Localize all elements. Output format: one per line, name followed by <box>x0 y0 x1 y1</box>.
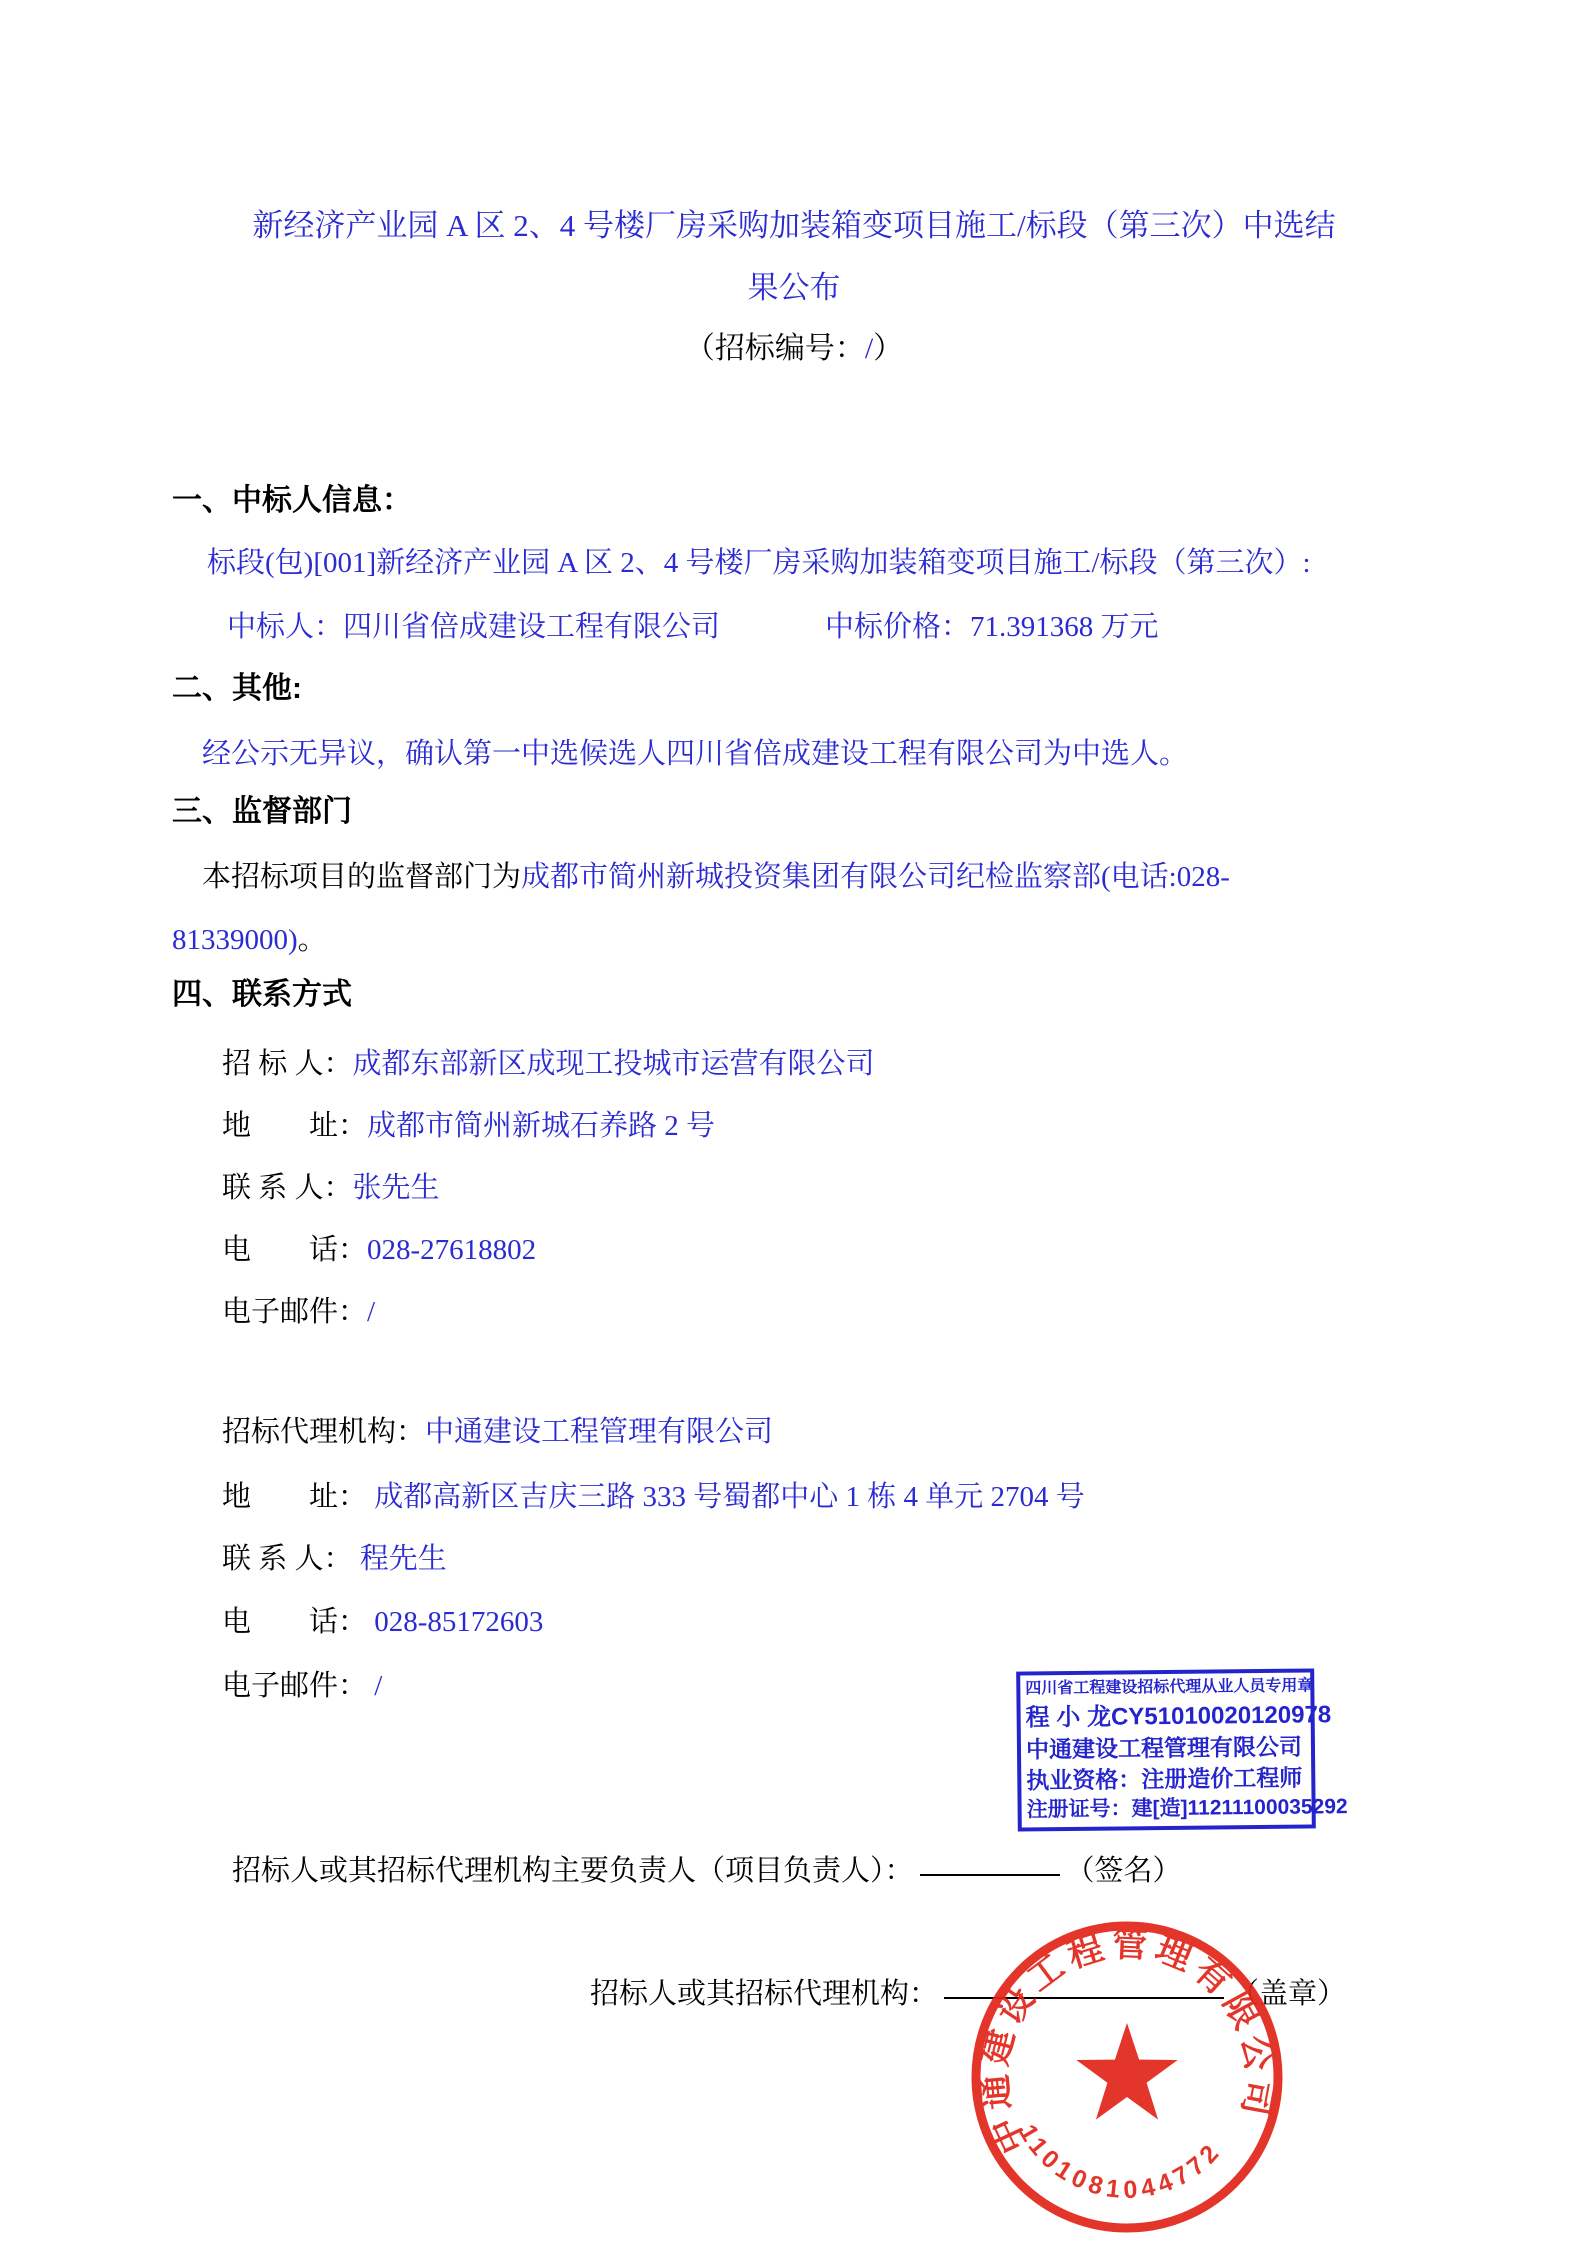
tenderer-contact-value: 张先生 <box>353 1172 440 1204</box>
page-title-line1: 新经济产业园 A 区 2、4 号楼厂房采购加装箱变项目施工/标段（第三次）中选结 <box>0 195 1588 257</box>
tender-number-suffix: ） <box>873 332 903 365</box>
company-seal-graphic: 中通建设工程管理有限公司 1101081044772 <box>968 1918 1286 2236</box>
winner-label: 中标人： <box>227 611 343 643</box>
tenderer-contact-row: 联 系 人：张先生 <box>222 1166 1462 1210</box>
agency-contact-label: 联 系 人： <box>222 1543 353 1575</box>
tenderer-address-label: 地 址： <box>222 1110 367 1142</box>
supervision-line2: 81339000)。 <box>172 918 1462 962</box>
section-2-heading: 二、其他: <box>172 667 1462 711</box>
section-4-heading: 四、联系方式 <box>172 973 1462 1017</box>
agent-stamp-name-id: 程 小 龙CY51010020120978 <box>1026 1702 1306 1730</box>
winner-value: 四川省倍成建设工程有限公司 <box>343 611 720 643</box>
tender-number-value: / <box>865 332 873 365</box>
tenderer-label: 招 标 人： <box>222 1048 353 1080</box>
tender-number-prefix: （招标编号： <box>685 332 865 365</box>
agent-stamp-company: 中通建设工程管理有限公司 <box>1026 1734 1306 1761</box>
agent-stamp-title: 四川省工程建设招标代理从业人员专用章 <box>1025 1679 1305 1699</box>
svg-text:1101081044772: 1101081044772 <box>1013 2120 1227 2204</box>
section-1-heading: 一、中标人信息： <box>172 479 1462 523</box>
tenderer-value: 成都东部新区成现工投城市运营有限公司 <box>353 1048 875 1080</box>
announcement-page: 新经济产业园 A 区 2、4 号楼厂房采购加装箱变项目施工/标段（第三次）中选结… <box>0 0 1588 2244</box>
tenderer-email-value: / <box>367 1296 375 1328</box>
supervision-line1: 本招标项目的监督部门为成都市简州新城投资集团有限公司纪检监察部(电话:028- <box>202 855 1462 899</box>
seal-star <box>1076 2023 1177 2120</box>
agency-row: 招标代理机构：中通建设工程管理有限公司 <box>222 1410 1462 1454</box>
price-value: 71.391368 万元 <box>970 611 1159 643</box>
agency-phone-value: 028-85172603 <box>374 1606 543 1638</box>
supervision-dept: 成都市简州新城投资集团有限公司纪检监察部(电话:028- <box>521 861 1230 893</box>
tenderer-address-value: 成都市简州新城石养路 2 号 <box>367 1110 715 1142</box>
signature-principal-blank <box>920 1873 1060 1876</box>
agency-address-label: 地 址： <box>222 1481 367 1513</box>
section-3-heading: 三、监督部门 <box>172 790 1462 834</box>
price-label: 中标价格： <box>825 611 970 643</box>
agency-label: 招标代理机构： <box>222 1416 425 1448</box>
section-2-body: 经公示无异议，确认第一中选候选人四川省倍成建设工程有限公司为中选人。 <box>202 732 1462 776</box>
winner-line: 中标人：四川省倍成建设工程有限公司中标价格：71.391368 万元 <box>227 605 1462 649</box>
tenderer-address-row: 地 址：成都市简州新城石养路 2 号 <box>222 1104 1462 1148</box>
tenderer-phone-row: 电 话：028-27618802 <box>222 1228 1462 1272</box>
signature-agency-label: 招标人或其招标代理机构： <box>590 1978 938 2010</box>
agency-address-row: 地 址： 成都高新区吉庆三路 333 号蜀都中心 1 栋 4 单元 2704 号 <box>222 1475 1462 1519</box>
agency-phone-row: 电 话： 028-85172603 <box>222 1600 1462 1644</box>
agency-address-value: 成都高新区吉庆三路 333 号蜀都中心 1 栋 4 单元 2704 号 <box>374 1481 1085 1513</box>
agent-stamp-cert-no: 注册证号：建[造]11211100035292 <box>1027 1796 1307 1821</box>
signature-principal-suffix: （签名） <box>1066 1855 1182 1887</box>
tender-number-line: （招标编号：/） <box>0 327 1588 371</box>
tenderer-phone-label: 电 话： <box>222 1234 367 1266</box>
agency-value: 中通建设工程管理有限公司 <box>425 1416 773 1448</box>
supervision-phone: 81339000) <box>172 924 298 956</box>
seal-number: 1101081044772 <box>1013 2120 1227 2204</box>
tenderer-row: 招 标 人：成都东部新区成现工投城市运营有限公司 <box>222 1042 1462 1086</box>
supervision-suffix: 。 <box>298 924 327 956</box>
tenderer-contact-label: 联 系 人： <box>222 1172 353 1204</box>
lot-info-line: 标段(包)[001]新经济产业园 A 区 2、4 号楼厂房采购加装箱变项目施工/… <box>207 541 1462 585</box>
signature-principal-label: 招标人或其招标代理机构主要负责人（项目负责人）： <box>232 1855 914 1887</box>
agency-contact-row: 联 系 人： 程先生 <box>222 1537 1462 1581</box>
agency-contact-value: 程先生 <box>360 1543 447 1575</box>
agency-phone-label: 电 话： <box>222 1606 367 1638</box>
page-title-line2: 果公布 <box>0 257 1588 319</box>
agent-qualification-stamp: 四川省工程建设招标代理从业人员专用章 程 小 龙CY51010020120978… <box>1016 1668 1316 1831</box>
agency-email-label: 电子邮件： <box>222 1670 367 1702</box>
supervision-prefix: 本招标项目的监督部门为 <box>202 861 521 893</box>
agent-stamp-qualification: 执业资格：注册造价工程师 <box>1026 1765 1306 1792</box>
tenderer-email-row: 电子邮件：/ <box>222 1290 1462 1334</box>
signature-line-principal: 招标人或其招标代理机构主要负责人（项目负责人）：（签名） <box>232 1849 1462 1893</box>
tenderer-email-label: 电子邮件： <box>222 1296 367 1328</box>
page-title: 新经济产业园 A 区 2、4 号楼厂房采购加装箱变项目施工/标段（第三次）中选结… <box>0 195 1588 371</box>
tenderer-phone-value: 028-27618802 <box>367 1234 536 1266</box>
agency-email-value: / <box>374 1670 382 1702</box>
company-round-seal: 中通建设工程管理有限公司 1101081044772 <box>968 1918 1286 2236</box>
